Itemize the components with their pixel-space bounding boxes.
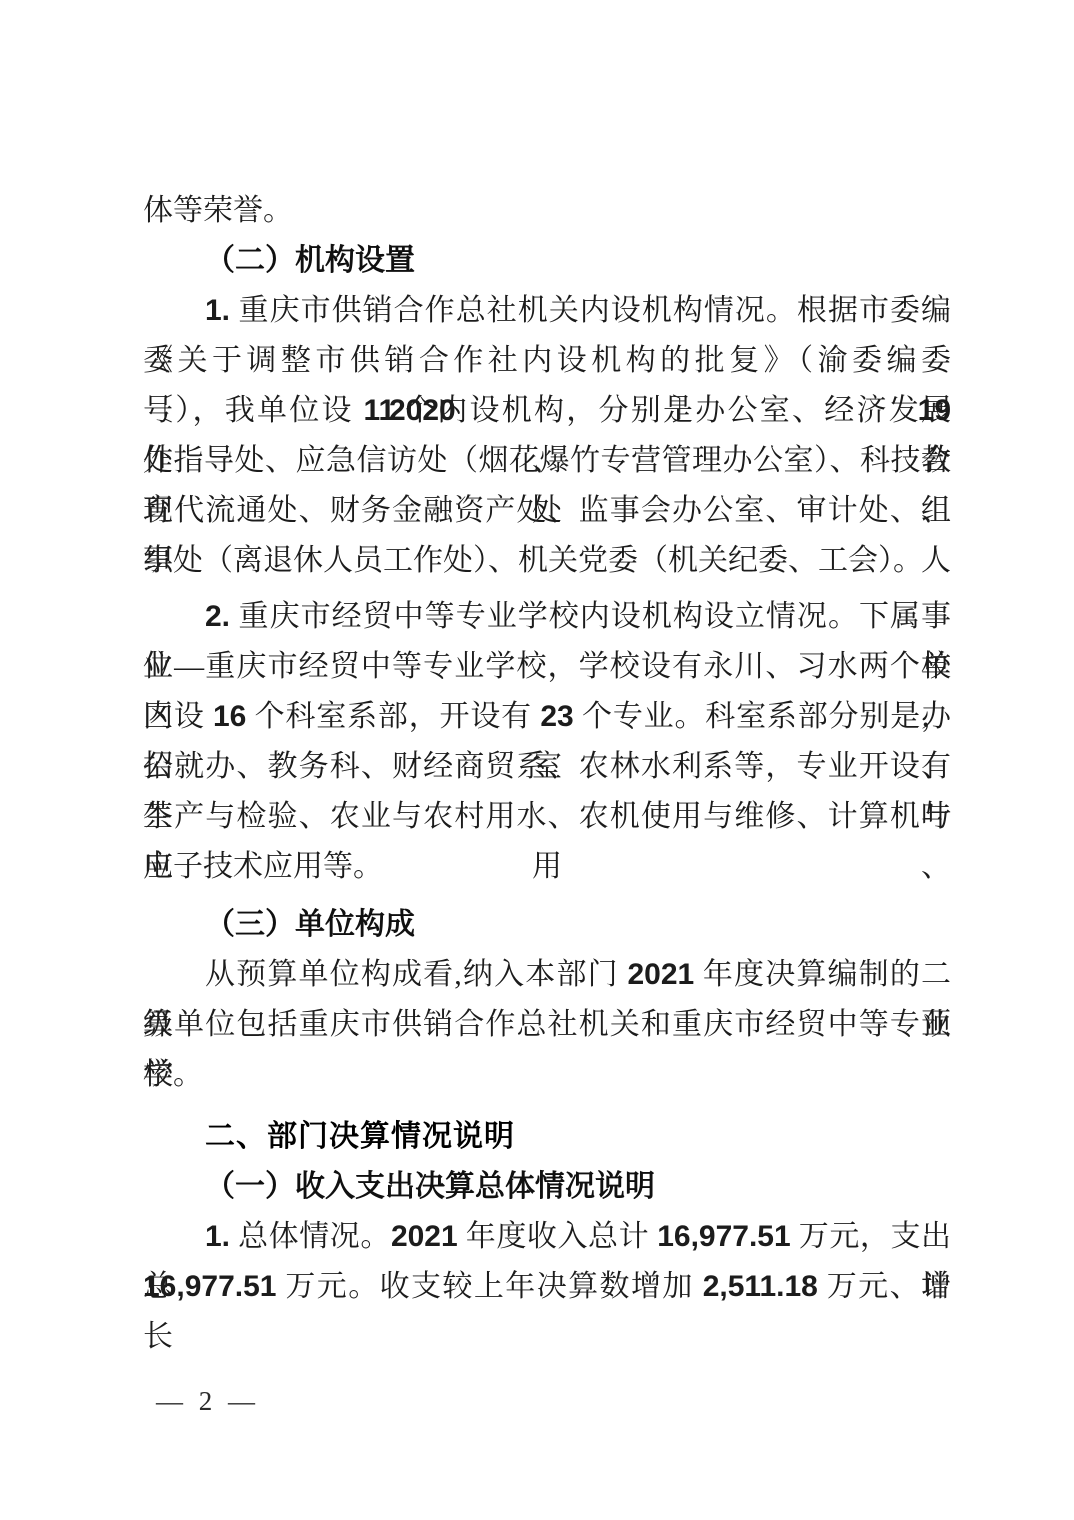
- numeral: 2021: [391, 1220, 458, 1253]
- numeral: 23: [540, 700, 573, 733]
- numeral: 2021: [627, 958, 694, 991]
- para-gongxiao-line-2: 《关于调整市供销合作社内设机构的批复》（渝委编委〔2020〕19: [143, 336, 951, 386]
- para-jingmao-line-1: 2. 重庆市经贸中等专业学校内设机构设立情况。下属事业单: [143, 592, 951, 642]
- document-body: 体等荣誉。 （二）机构设置 1. 重庆市供销合作总社机关内设机构情况。根据市委编…: [143, 186, 951, 1312]
- para-gongxiao-line-6: 事处（离退休人员工作处）、机关党委（机关纪委、工会）。: [143, 536, 951, 586]
- para-gongxiao-line-5: 现代流通处、财务金融资产处、监事会办公室、审计处、组织人: [143, 486, 951, 536]
- para-budget-units-line-2: 算单位包括重庆市供销合作总社机关和重庆市经贸中等专业学: [143, 1000, 951, 1050]
- para-jingmao-line-4: 招就办、教务科、财经商贸系、农林水利系等，专业开设有茶叶: [143, 742, 951, 792]
- para-gongxiao-line-1: 1. 重庆市供销合作总社机关内设机构情况。根据市委编委: [143, 286, 951, 336]
- document-page: 体等荣誉。 （二）机构设置 1. 重庆市供销合作总社机关内设机构情况。根据市委编…: [0, 0, 1074, 1520]
- heading-income-expense-overview: （一）收入支出决算总体情况说明: [143, 1162, 951, 1212]
- body-line-continuation: 体等荣誉。: [143, 186, 951, 236]
- para-overall-situation-line-1: 1. 总体情况。2021 年度收入总计 16,977.51 万元，支出总计: [143, 1212, 951, 1262]
- page-number: — 2 —: [156, 1381, 255, 1421]
- heading-org-setup: （二）机构设置: [143, 236, 951, 286]
- para-jingmao-line-5: 生产与检验、农业与农村用水、农机使用与维修、计算机与应用、: [143, 792, 951, 842]
- numeral: 16,977.51: [657, 1220, 790, 1253]
- para-budget-units-line-3: 校。: [143, 1050, 951, 1100]
- numeral: 11: [364, 394, 396, 427]
- numeral: 2,511.18: [703, 1270, 818, 1303]
- para-budget-units-line-1: 从预算单位构成看,纳入本部门 2021 年度决算编制的二级预: [143, 950, 951, 1000]
- numeral: 16,977.51: [143, 1270, 276, 1303]
- heading-unit-composition: （三）单位构成: [143, 900, 951, 950]
- numeral: 16: [213, 700, 246, 733]
- para-gongxiao-line-4: 作指导处、应急信访处（烟花爆竹专营管理办公室）、科技教育处、: [143, 436, 951, 486]
- para-jingmao-line-2: 位—重庆市经贸中等专业学校，学校设有永川、习水两个校区，: [143, 642, 951, 692]
- para-gongxiao-line-3: 号），我单位设 11 个内设机构，分别是办公室、经济发展处、合: [143, 386, 951, 436]
- numeral: 2.: [205, 600, 230, 633]
- numeral: 1.: [205, 294, 230, 327]
- numeral: 1.: [205, 1220, 230, 1253]
- para-overall-situation-line-2: 16,977.51 万元。收支较上年决算数增加 2,511.18 万元、增长: [143, 1262, 951, 1312]
- heading-final-accounts-statement: 二、部门决算情况说明: [143, 1112, 951, 1162]
- para-jingmao-line-3: 内设 16 个科室系部，开设有 23 个专业。科室系部分别是办公室、: [143, 692, 951, 742]
